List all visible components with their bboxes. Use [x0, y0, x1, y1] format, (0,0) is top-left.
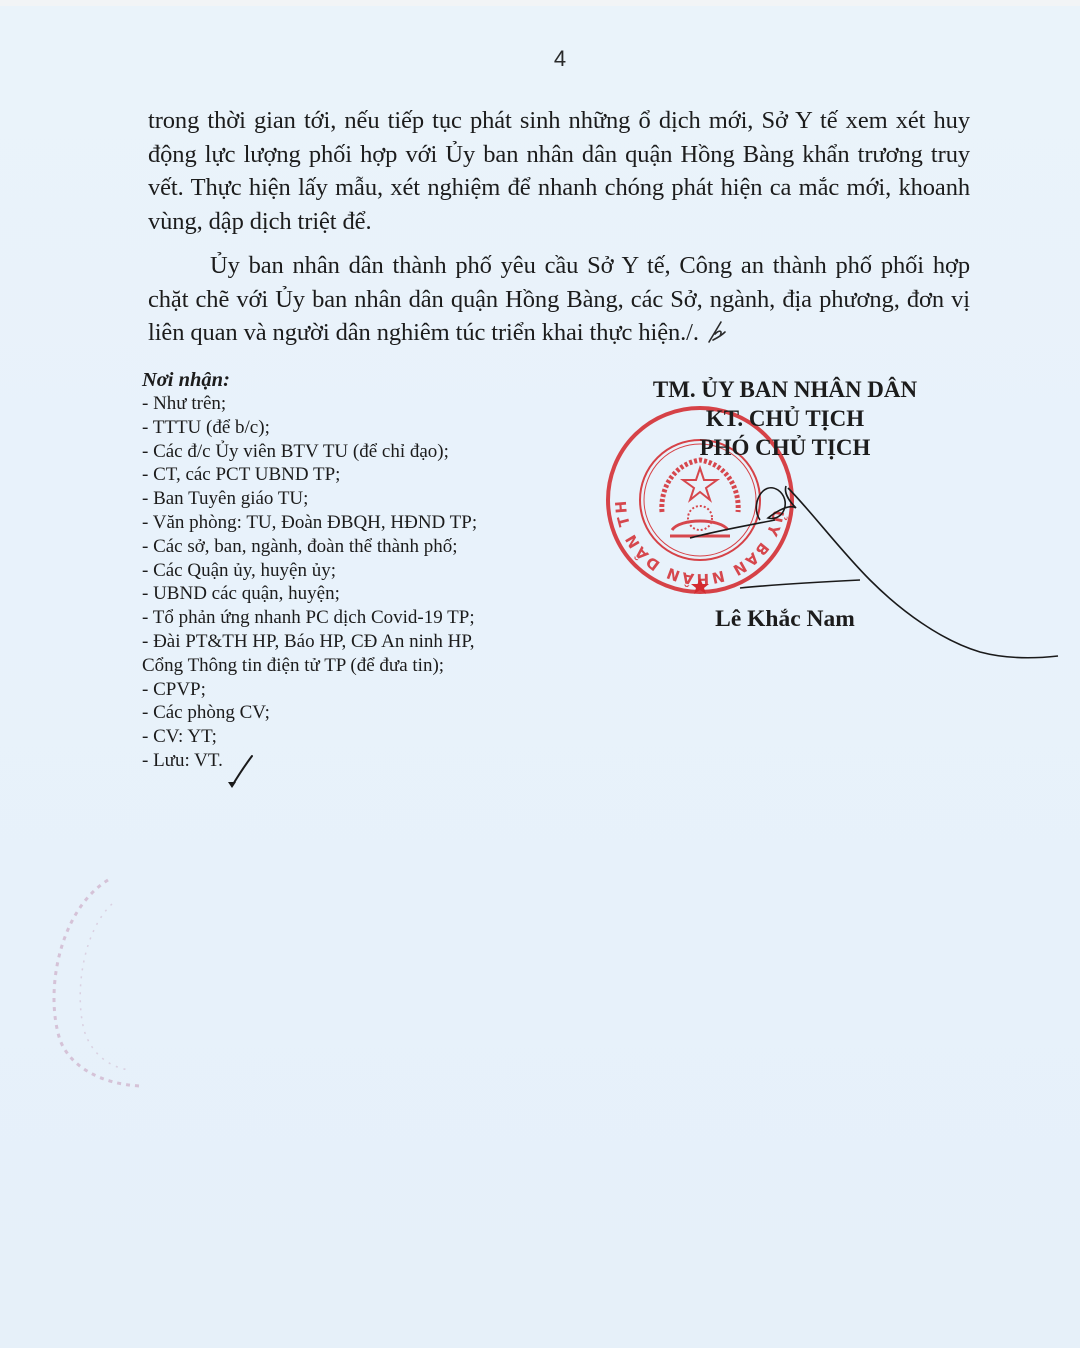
scan-top-edge [0, 0, 1080, 6]
recipient-item: - TTTU (để b/c); [142, 416, 522, 440]
recipient-item: - Các phòng CV; [142, 701, 522, 725]
initial-mark-icon [705, 318, 727, 344]
page-number: 4 [0, 46, 1080, 72]
recipients-heading: Nơi nhận: [142, 368, 522, 392]
recipient-item: - Văn phòng: TU, Đoàn ĐBQH, HĐND TP; [142, 511, 522, 535]
recipient-item: - CPVP; [142, 678, 522, 702]
recipients-list: Nơi nhận: - Như trên; - TTTU (để b/c); -… [142, 368, 522, 773]
recipient-item: - Lưu: VT. [142, 749, 522, 773]
faint-stamp-bleed [30, 870, 170, 1090]
body-paragraph-2: Ủy ban nhân dân thành phố yêu cầu Sở Y t… [148, 249, 970, 350]
recipient-item: - Các Quận ủy, huyện ủy; [142, 559, 522, 583]
recipient-item: - CV: YT; [142, 725, 522, 749]
body-paragraph-2-text: Ủy ban nhân dân thành phố yêu cầu Sở Y t… [148, 252, 970, 346]
recipient-item: - Các đ/c Ủy viên BTV TU (để chỉ đạo); [142, 440, 522, 464]
signature-title: TM. ỦY BAN NHÂN DÂN KT. CHỦ TỊCH PHÓ CHỦ… [620, 375, 950, 462]
signature-title-line-3: PHÓ CHỦ TỊCH [620, 433, 950, 462]
recipient-item: - Như trên; [142, 392, 522, 416]
recipient-item: - Các sở, ban, ngành, đoàn thể thành phố… [142, 535, 522, 559]
recipient-item: - Đài PT&TH HP, Báo HP, CĐ An ninh HP, [142, 630, 522, 654]
signature-title-line-2: KT. CHỦ TỊCH [620, 404, 950, 433]
handwritten-signature [600, 470, 1070, 670]
recipient-item-continuation: Cổng Thông tin điện tử TP (để đưa tin); [142, 654, 522, 678]
recipient-item: - Tổ phản ứng nhanh PC dịch Covid-19 TP; [142, 606, 522, 630]
signature-title-line-1: TM. ỦY BAN NHÂN DÂN [620, 375, 950, 404]
check-mark-icon [224, 754, 254, 792]
recipient-item: - Ban Tuyên giáo TU; [142, 487, 522, 511]
recipient-item: - UBND các quận, huyện; [142, 582, 522, 606]
document-body: trong thời gian tới, nếu tiếp tục phát s… [148, 104, 970, 350]
body-paragraph-1: trong thời gian tới, nếu tiếp tục phát s… [148, 104, 970, 238]
recipient-item: - CT, các PCT UBND TP; [142, 463, 522, 487]
recipients-items: - Như trên; - TTTU (để b/c); - Các đ/c Ủ… [142, 392, 522, 773]
